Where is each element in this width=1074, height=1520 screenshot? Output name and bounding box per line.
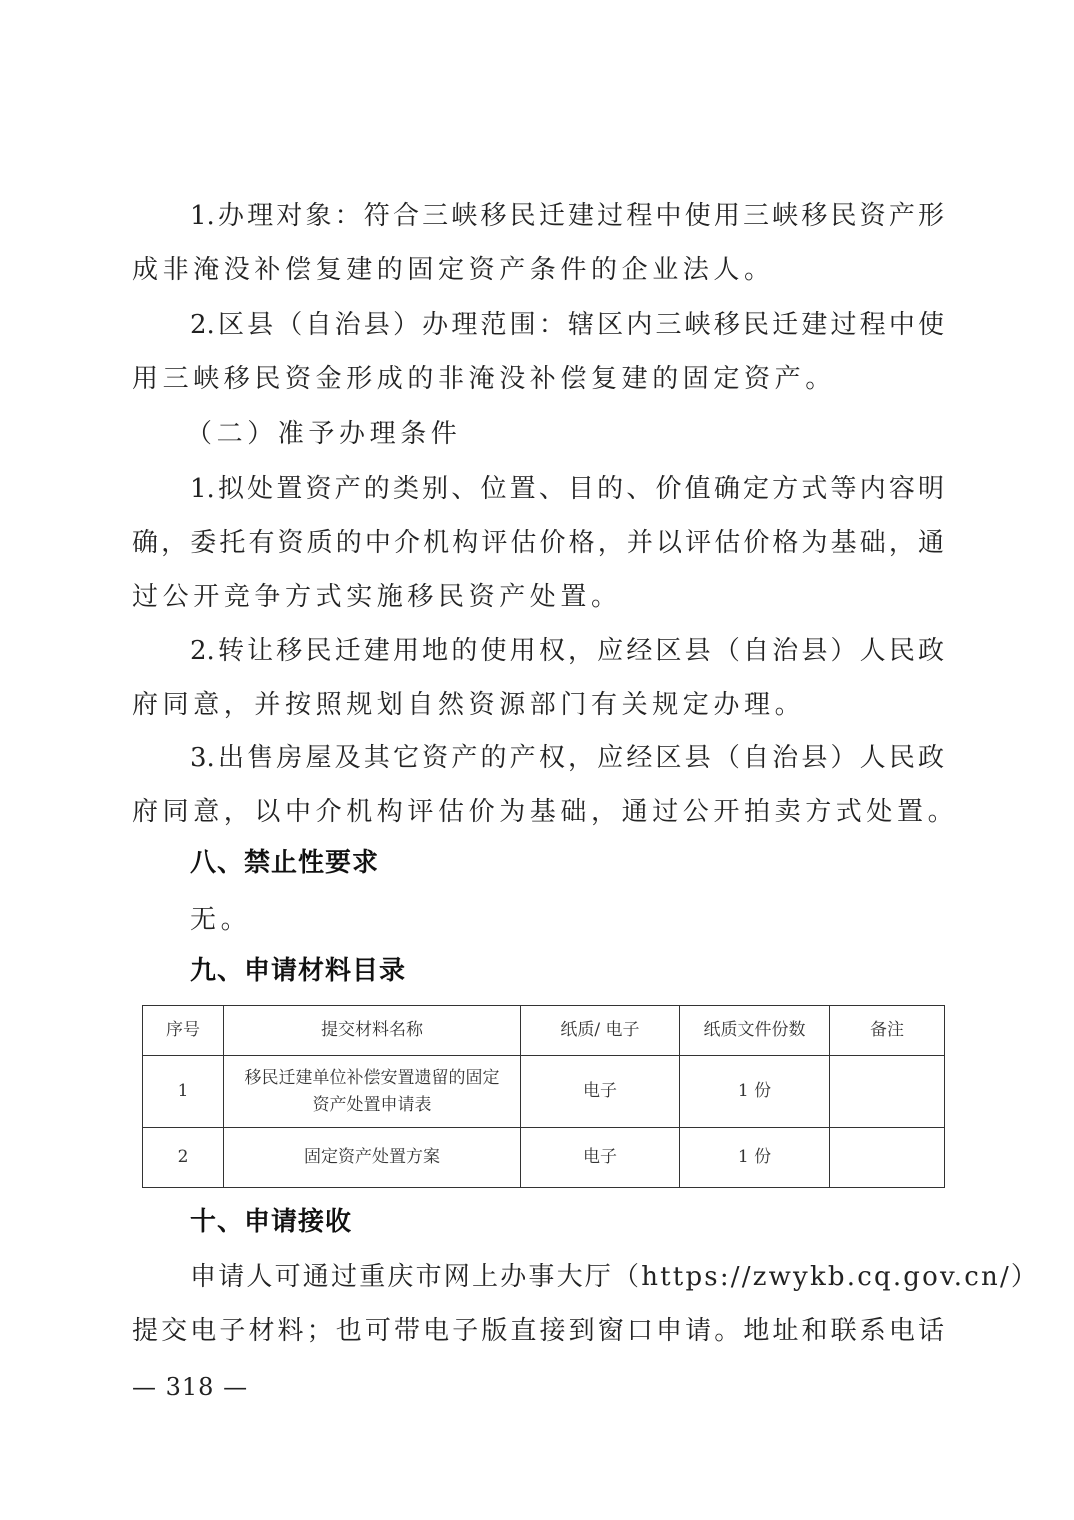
document-page: 1.办理对象：符合三峡移民迁建过程中使用三峡移民资产形 成非淹没补偿复建的固定资… [0, 0, 1074, 1520]
table-row: 1 移民迁建单位补偿安置遗留的固定资产处置申请表 电子 1 份 [143, 1056, 945, 1128]
cell-copies: 1 份 [680, 1128, 830, 1188]
condition-3-line-1: 3.出售房屋及其它资产的产权，应经区县（自治县）人民政 [190, 741, 944, 775]
condition-1-line-1: 1.拟处置资产的类别、位置、目的、价值确定方式等内容明 [190, 472, 944, 506]
subheading-conditions: （二）准予办理条件 [186, 417, 940, 451]
table-row: 2 固定资产处置方案 电子 1 份 [143, 1128, 945, 1188]
paragraph-scope-1-line-1: 1.办理对象：符合三峡移民迁建过程中使用三峡移民资产形 [190, 199, 944, 233]
condition-2-line-2: 府同意，并按照规划自然资源部门有关规定办理。 [132, 688, 944, 722]
cell-type: 电子 [521, 1128, 680, 1188]
condition-1-line-2: 确，委托有资质的中介机构评估价格，并以评估价格为基础，通 [132, 526, 944, 560]
page-number: — 318 — [132, 1372, 248, 1402]
paragraph-scope-2-line-1: 2.区县（自治县）办理范围：辖区内三峡移民迁建过程中使 [190, 308, 944, 342]
cell-copies: 1 份 [680, 1056, 830, 1128]
section-10-title: 十、申请接收 [190, 1205, 352, 1239]
cell-note [830, 1056, 945, 1128]
cell-material-name: 移民迁建单位补偿安置遗留的固定资产处置申请表 [224, 1056, 521, 1128]
cell-note [830, 1128, 945, 1188]
condition-2-line-1: 2.转让移民迁建用地的使用权，应经区县（自治县）人民政 [190, 634, 944, 668]
condition-1-line-3: 过公开竞争方式实施移民资产处置。 [132, 580, 944, 614]
header-material-name: 提交材料名称 [224, 1006, 521, 1056]
cell-type: 电子 [521, 1056, 680, 1128]
materials-table: 序号 提交材料名称 纸质/ 电子 纸质文件份数 备注 1 移民迁建单位补偿安置遗… [142, 1005, 945, 1188]
paragraph-scope-1-line-2: 成非淹没补偿复建的固定资产条件的企业法人。 [132, 253, 944, 287]
cell-no: 1 [143, 1056, 224, 1128]
header-paper-copies: 纸质文件份数 [680, 1006, 830, 1056]
section-10-line-1: 申请人可通过重庆市网上办事大厅（https://zwykb.cq.gov.cn/… [190, 1260, 944, 1294]
condition-3-line-2: 府同意，以中介机构评估价为基础，通过公开拍卖方式处置。 [132, 795, 944, 829]
paragraph-scope-2-line-2: 用三峡移民资金形成的非淹没补偿复建的固定资产。 [132, 362, 944, 396]
table-header-row: 序号 提交材料名称 纸质/ 电子 纸质文件份数 备注 [143, 1006, 945, 1056]
header-no: 序号 [143, 1006, 224, 1056]
header-note: 备注 [830, 1006, 945, 1056]
section-8-body: 无。 [190, 903, 944, 937]
cell-material-name: 固定资产处置方案 [224, 1128, 521, 1188]
section-8-title: 八、禁止性要求 [190, 846, 379, 880]
cell-no: 2 [143, 1128, 224, 1188]
section-10-line-2: 提交电子材料；也可带电子版直接到窗口申请。地址和联系电话 [132, 1314, 944, 1348]
header-paper-electronic: 纸质/ 电子 [521, 1006, 680, 1056]
section-9-title: 九、申请材料目录 [190, 954, 406, 988]
